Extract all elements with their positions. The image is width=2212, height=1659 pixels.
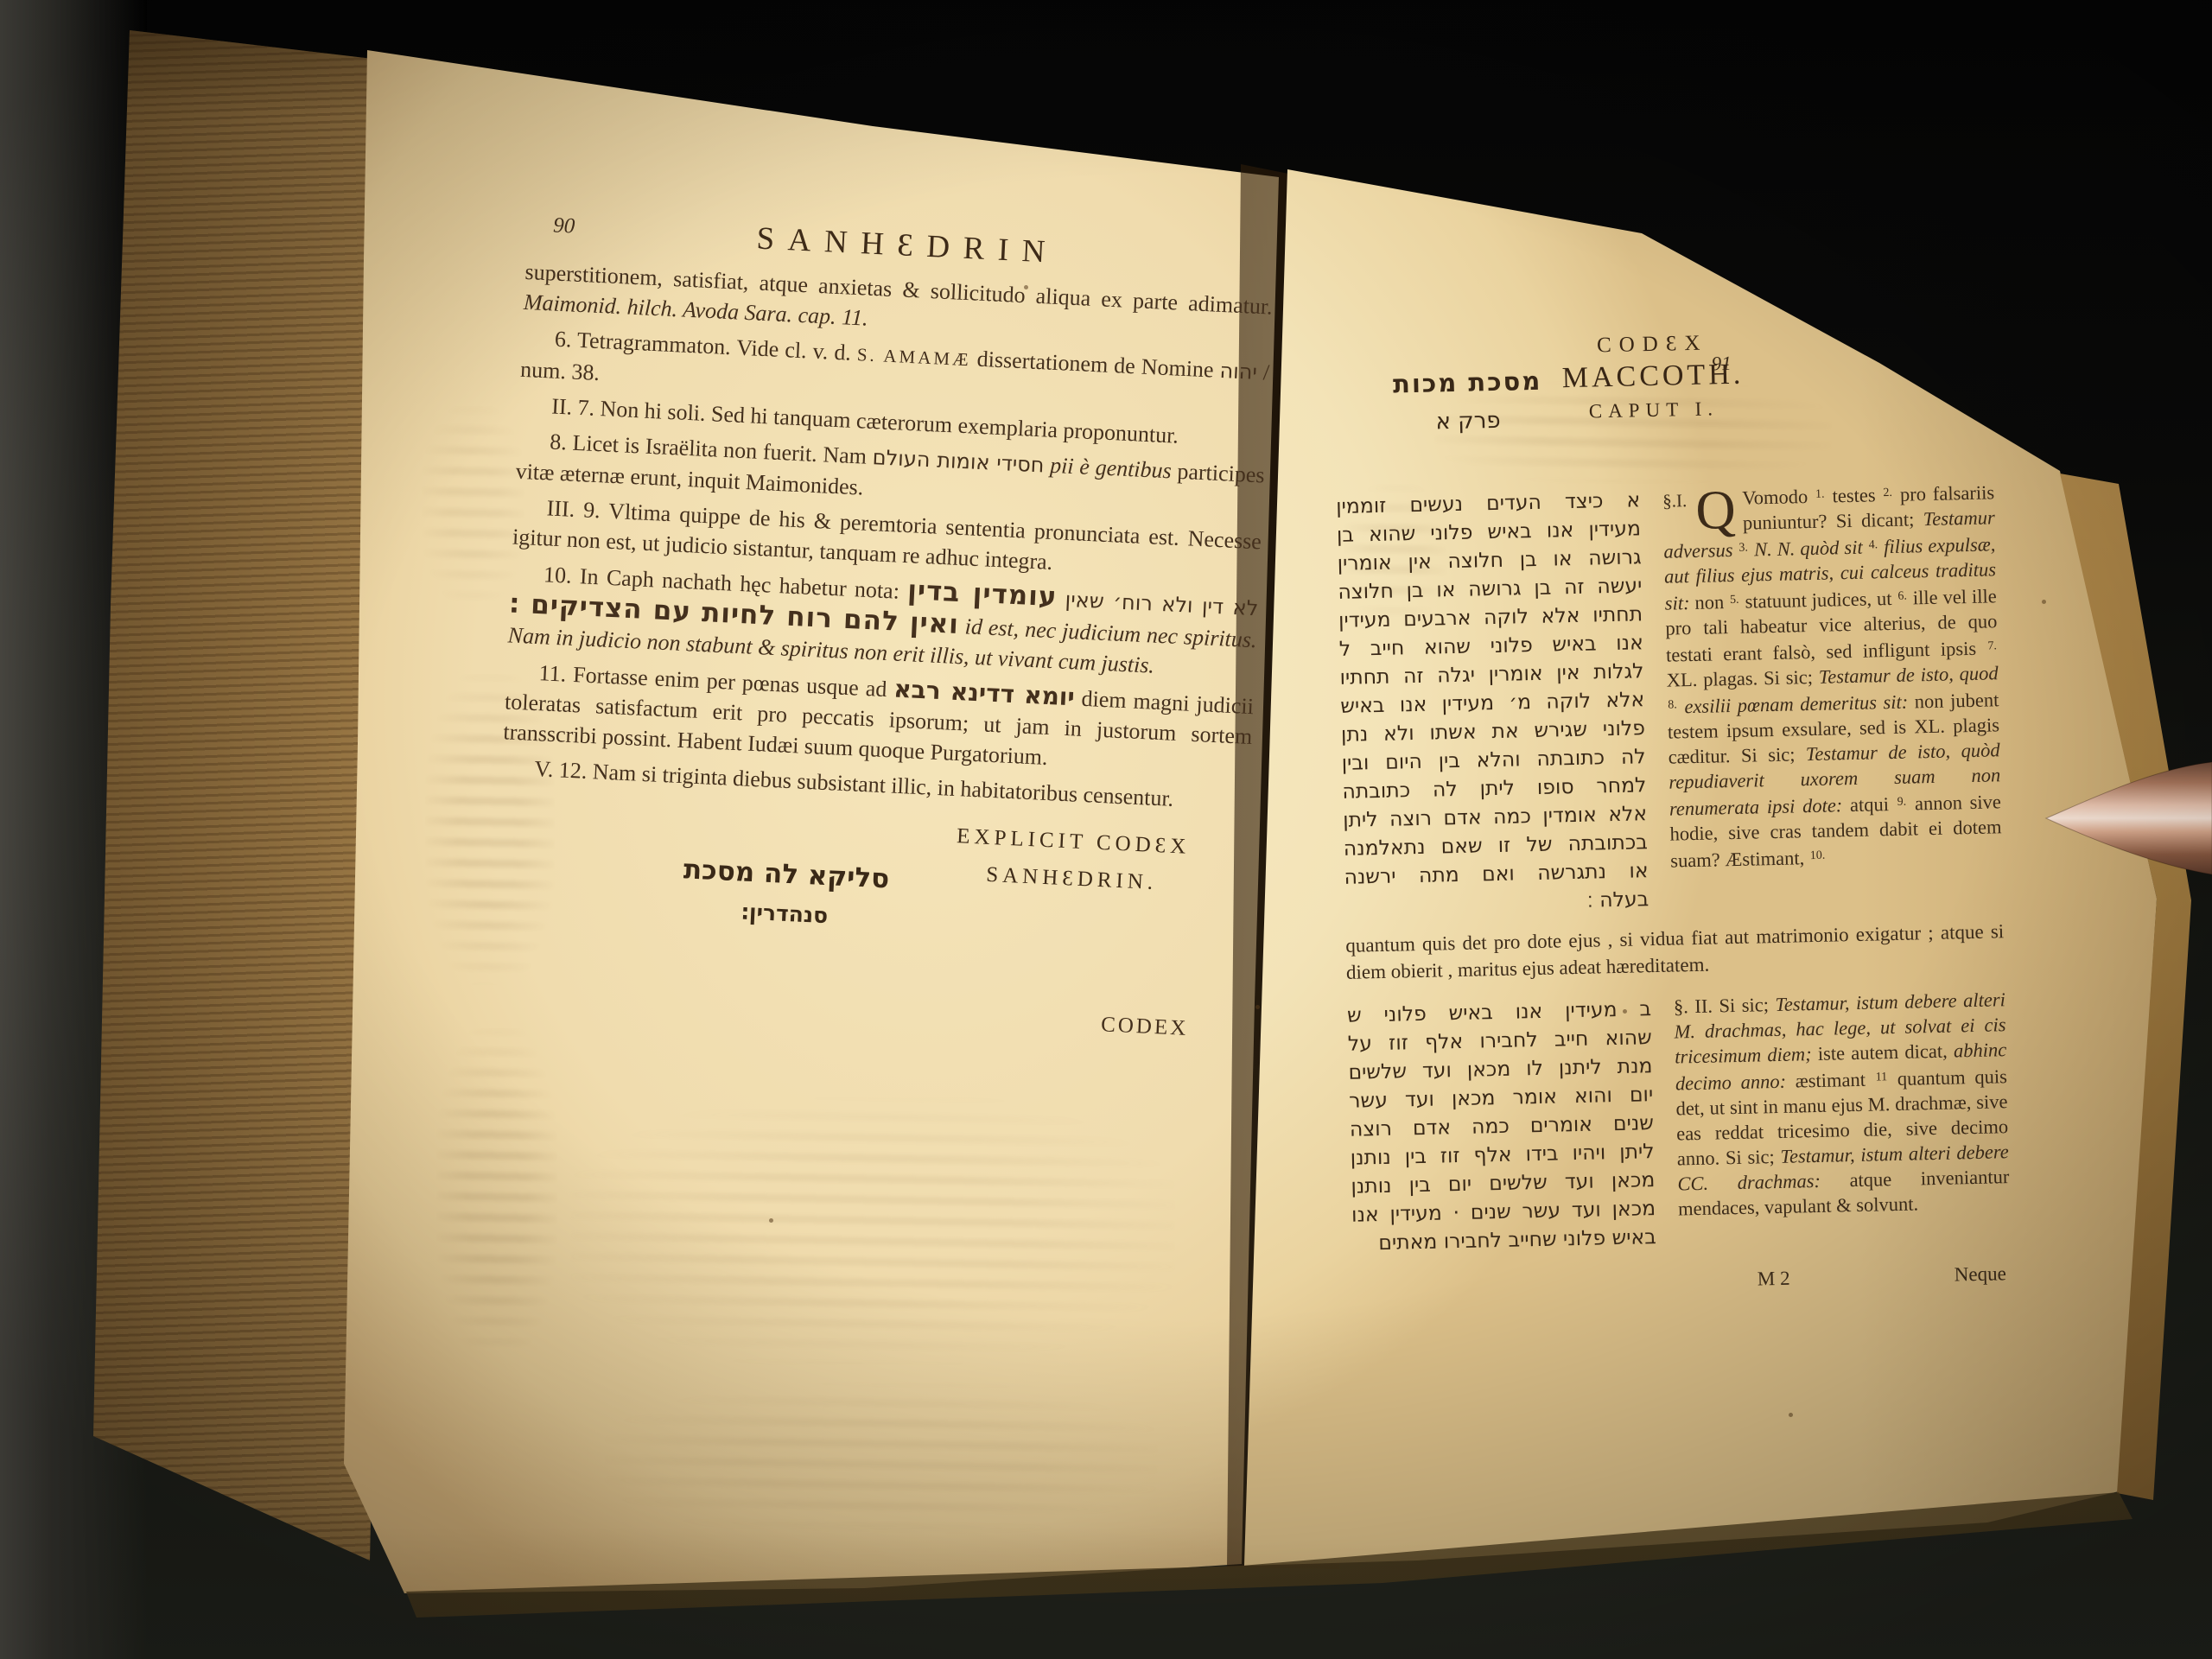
- show-through-text: [436, 1028, 557, 1357]
- show-through-text: [605, 1382, 1158, 1538]
- full-width-latin-line: quantum quis det pro dote ejus , si vidu…: [1345, 918, 2005, 986]
- explicit-line: EXPLICIT CODƐX: [931, 820, 1217, 864]
- paper-speck: [769, 1218, 773, 1223]
- latin-title-block: CODƐX MACCOTH. CAPUT I.: [1497, 328, 1809, 426]
- drop-cap: Q: [1695, 487, 1736, 533]
- latin-translation-column: §. II. Si sic; Testamur, istum debere al…: [1674, 987, 2011, 1221]
- hebrew-colophon-line: סליקא לה מסכת: [626, 852, 946, 897]
- section-1-columns: א כיצד העדים נעשים זוממיןמעידין אנו באיש…: [1336, 478, 2004, 920]
- latin-translation-column: §.I.QVomodo 1. testes 2. pro falsariis p…: [1662, 478, 2003, 873]
- left-page-content: 90 SANHƐDRIN superstitionem, satisfiat, …: [490, 192, 1276, 1046]
- copper-pointer: [2039, 753, 2212, 883]
- explicit-line: SANHƐDRIN.: [929, 857, 1215, 901]
- hebrew-colophon: סליקא לה מסכת סנהדרין׃: [624, 852, 946, 936]
- section-2-columns: ב מעידין אנו באיש פלוני ששהוא חייב לחביר…: [1347, 987, 2011, 1258]
- latin-title-line: CAPUT I.: [1498, 394, 1810, 426]
- explicit-codex-note: EXPLICIT CODƐX SANHƐDRIN.: [929, 820, 1217, 900]
- right-page-content: 91 מסכת מכות פרק א CODƐX MACCOTH. CAPUT …: [1332, 324, 2012, 1302]
- paper-speck: [2042, 600, 2046, 604]
- show-through-text: [570, 1097, 1175, 1365]
- book-photo: 90 SANHƐDRIN superstitionem, satisfiat, …: [0, 0, 2212, 1659]
- chapter-ending: סליקא לה מסכת סנהדרין׃ EXPLICIT CODƐX SA…: [493, 803, 1248, 987]
- show-through-text: [422, 406, 525, 605]
- hebrew-colophon-line: סנהדרין׃: [624, 891, 944, 936]
- mishnah-hebrew-column: א כיצד העדים נעשים זוממיןמעידין אנו באיש…: [1336, 486, 1649, 920]
- latin-text: Vomodo 1. testes 2. pro falsariis puniun…: [1663, 481, 2002, 871]
- page-headers: מסכת מכות פרק א CODƐX MACCOTH. CAPUT I.: [1332, 324, 1994, 493]
- signature-mark: M 2: [1758, 1266, 1790, 1292]
- paper-speck: [1255, 1005, 1260, 1009]
- mishnah-hebrew-column: ב מעידין אנו באיש פלוני ששהוא חייב לחביר…: [1347, 995, 1656, 1258]
- paper-speck: [1789, 1413, 1793, 1417]
- latin-title-line: MACCOTH.: [1497, 360, 1809, 392]
- catchword: Neque: [1954, 1261, 2006, 1287]
- page-number: 90: [552, 210, 575, 241]
- latin-text: §. II. Si sic; Testamur, istum debere al…: [1674, 988, 2010, 1219]
- section-mark: §.I.: [1662, 488, 1688, 514]
